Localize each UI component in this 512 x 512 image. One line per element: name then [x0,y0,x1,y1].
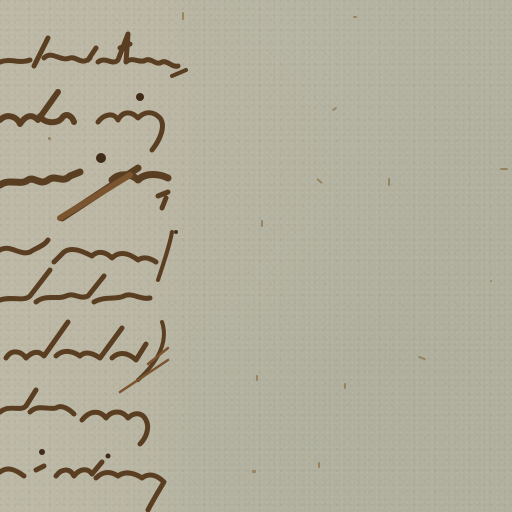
handwriting-ink [0,0,512,512]
manuscript-page: tadiŕa, ato oiẏ ari poť s ramiẏ rfecte a… [0,0,512,512]
